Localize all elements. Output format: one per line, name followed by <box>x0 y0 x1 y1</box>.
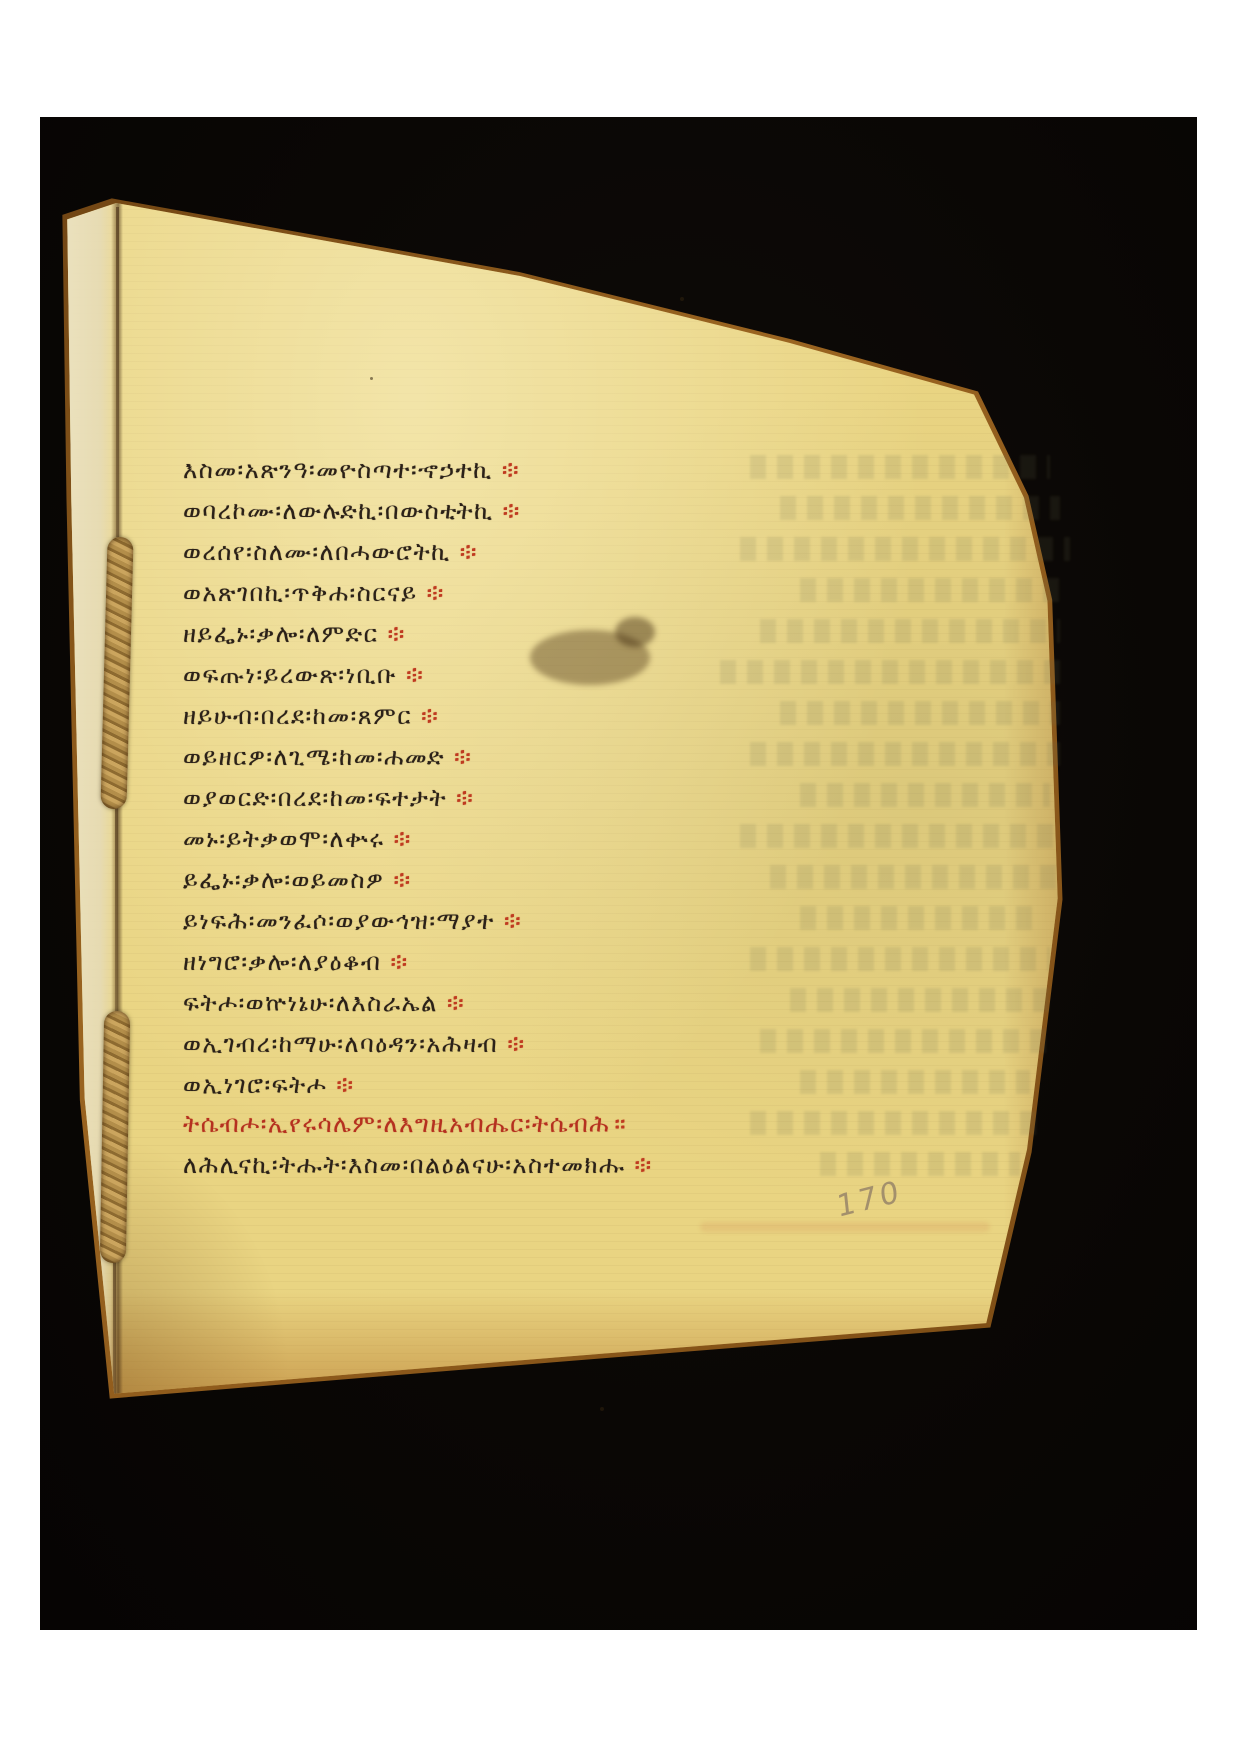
paragraph-mark: ፨ <box>421 702 439 730</box>
line-text: ትሴብሖ፡ኢየሩሳሌም፡ለእግዚአብሔር፡ትሴብሕ <box>183 1110 610 1138</box>
paragraph-mark: ። <box>614 1110 627 1138</box>
manuscript-text-line: ወረሰየ፡ስለሙ፡ለበሓውሮትኪ፨ <box>183 535 478 569</box>
manuscript-text-line: ወኢገብረ፡ከማሁ፡ለባዕዳን፡አሕዛብ፨ <box>183 1027 526 1061</box>
line-text: ይነፍሕ፡መንፈሶ፡ወያውኅዝ፡ማያተ <box>183 907 495 935</box>
manuscript-text-line: ዘነግሮ፡ቃሎ፡ለያዕቆብ፨ <box>183 945 409 979</box>
paragraph-mark: ፨ <box>406 661 424 689</box>
manuscript-text-line: ወባረኮሙ፡ለውሉድኪ፡በውስቲትኪ፨ <box>183 494 521 528</box>
line-text: ወይዘርዎ፡ለጊሜ፡ከመ፡ሐመድ <box>183 743 445 771</box>
paragraph-mark: ፨ <box>393 825 411 853</box>
line-text: ዘይፌኑ፡ቃሎ፡ለምድር <box>183 620 378 648</box>
line-text: ለሕሊናኪ፡ትሑት፡እስመ፡በልዕልናሁ፡አስተመክሑ <box>183 1151 625 1179</box>
manuscript-text-line: ለሕሊናኪ፡ትሑት፡እስመ፡በልዕልናሁ፡አስተመክሑ፨ <box>183 1148 653 1182</box>
line-text: ወባረኮሙ፡ለውሉድኪ፡በውስቲትኪ <box>183 497 494 525</box>
line-text: ወአጽገበኪ፡ጥቅሐ፡ስርናይ <box>183 579 418 607</box>
line-text: ዘይሁብ፡በረደ፡ከመ፡ጸምር <box>183 702 412 730</box>
paragraph-mark: ፨ <box>390 948 408 976</box>
paragraph-mark: ፨ <box>507 1030 525 1058</box>
paragraph-mark: ፨ <box>447 989 465 1017</box>
manuscript-text-line: ወይዘርዎ፡ለጊሜ፡ከመ፡ሐመድ፨ <box>183 740 472 774</box>
paragraph-mark: ፨ <box>634 1151 652 1179</box>
line-text: እስመ፡አጽንዓ፡መዮስጣተ፡ኆኃተኪ <box>183 456 493 484</box>
paragraph-mark: ፨ <box>427 579 445 607</box>
line-text: ወያወርድ፡በረደ፡ከመ፡ፍተታት <box>183 784 447 812</box>
paragraph-mark: ፨ <box>387 620 405 648</box>
paragraph-mark: ፨ <box>503 497 521 525</box>
paragraph-mark: ፨ <box>336 1071 354 1099</box>
line-text: ወኢነገሮ፡ፍትሖ <box>183 1071 327 1099</box>
manuscript-text-line: ወኢነገሮ፡ፍትሖ፨ <box>183 1068 355 1102</box>
manuscript-text-line: ፍትሖ፡ወኵነኔሁ፡ለእስራኤል፨ <box>183 986 465 1020</box>
paragraph-mark: ፨ <box>456 784 474 812</box>
line-text: ወረሰየ፡ስለሙ፡ለበሓውሮትኪ <box>183 538 451 566</box>
line-text: መኑ፡ይትቃወሞ፡ለቍሩ <box>183 825 384 853</box>
manuscript-text-line: ወአጽገበኪ፡ጥቅሐ፡ስርናይ፨ <box>183 576 445 610</box>
psalm-text-block: እስመ፡አጽንዓ፡መዮስጣተ፡ኆኃተኪ፨ ወባረኮሙ፡ለውሉድኪ፡በውስቲትኪ፨… <box>0 0 1238 1753</box>
scanned-page: እስመ፡አጽንዓ፡መዮስጣተ፡ኆኃተኪ፨ ወባረኮሙ፡ለውሉድኪ፡በውስቲትኪ፨… <box>0 0 1238 1753</box>
paragraph-mark: ፨ <box>502 456 520 484</box>
line-text: ፍትሖ፡ወኵነኔሁ፡ለእስራኤል <box>183 989 438 1017</box>
manuscript-text-line: መኑ፡ይትቃወሞ፡ለቍሩ፨ <box>183 822 412 856</box>
manuscript-text-line: ዘይሁብ፡በረደ፡ከመ፡ጸምር፨ <box>183 699 439 733</box>
line-text: ይፌኑ፡ቃሎ፡ወይመስዎ <box>183 866 384 894</box>
line-text: ወኢገብረ፡ከማሁ፡ለባዕዳን፡አሕዛብ <box>183 1030 498 1058</box>
rubric-line: ትሴብሖ፡ኢየሩሳሌም፡ለእግዚአብሔር፡ትሴብሕ። <box>183 1107 627 1141</box>
manuscript-text-line: ዘይፌኑ፡ቃሎ፡ለምድር፨ <box>183 617 406 651</box>
paragraph-mark: ፨ <box>393 866 411 894</box>
paragraph-mark: ፨ <box>460 538 478 566</box>
paragraph-mark: ፨ <box>504 907 522 935</box>
manuscript-text-line: ይፌኑ፡ቃሎ፡ወይመስዎ፨ <box>183 863 412 897</box>
manuscript-text-line: ወፍጡነ፡ይረውጽ፡ነቢቡ፨ <box>183 658 424 692</box>
line-text: ወፍጡነ፡ይረውጽ፡ነቢቡ <box>183 661 397 689</box>
paragraph-mark: ፨ <box>454 743 472 771</box>
manuscript-text-line: እስመ፡አጽንዓ፡መዮስጣተ፡ኆኃተኪ፨ <box>183 453 520 487</box>
line-text: ዘነግሮ፡ቃሎ፡ለያዕቆብ <box>183 948 381 976</box>
manuscript-text-line: ይነፍሕ፡መንፈሶ፡ወያውኅዝ፡ማያተ፨ <box>183 904 522 938</box>
manuscript-text-line: ወያወርድ፡በረደ፡ከመ፡ፍተታት፨ <box>183 781 474 815</box>
